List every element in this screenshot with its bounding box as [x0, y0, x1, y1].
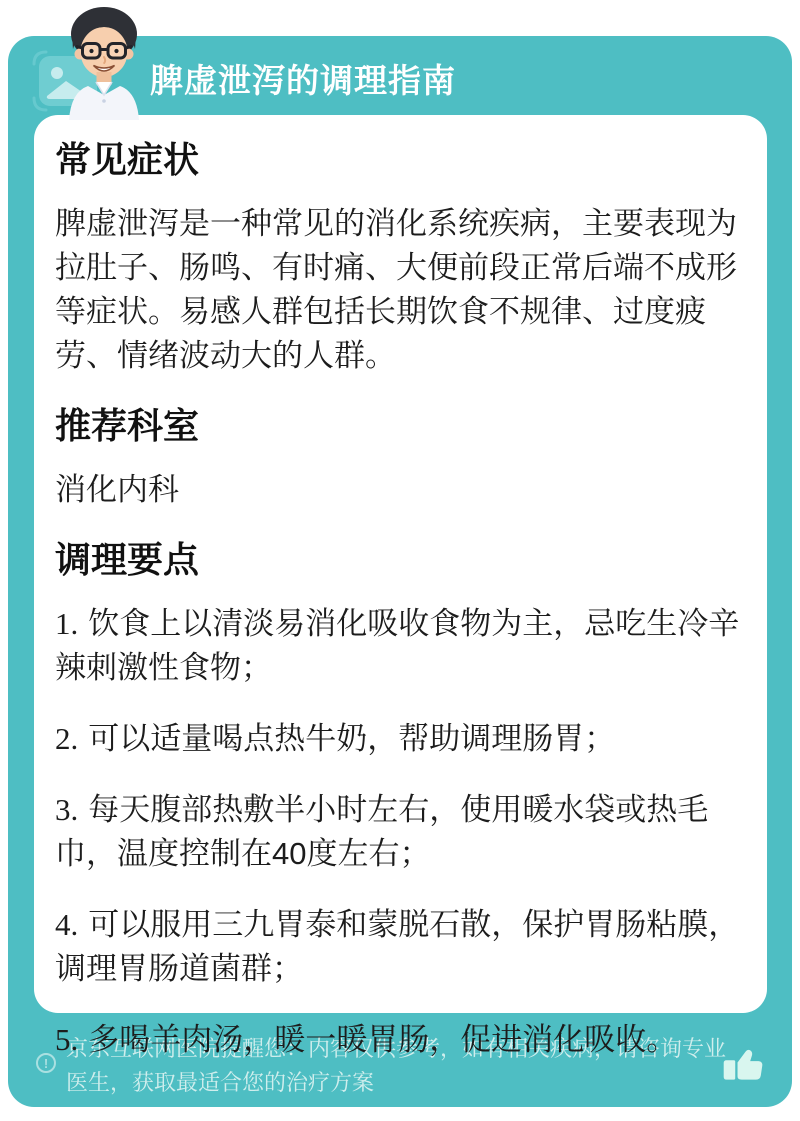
list-item-number: 1.	[55, 606, 78, 641]
list-item: 1.饮食上以清淡易消化吸收食物为主，忌吃生冷辛辣刺激性食物；	[55, 602, 741, 690]
list-item-number: 5.	[55, 1022, 78, 1057]
list-item: 5.多喝羊肉汤，暖一暖胃肠，促进消化吸收。	[55, 1018, 741, 1062]
health-guide-screen: { "header": { "title": "脾虚泄泻的调理指南" }, "s…	[0, 0, 800, 1121]
list-item-text: 可以服用三九胃泰和蒙脱石散，保护胃肠粘膜，调理胃肠道菌群；	[55, 907, 739, 986]
list-item-text: 每天腹部热敷半小时左右，使用暖水袋或热毛巾，温度控制在40度左右；	[55, 792, 708, 871]
list-item-text: 饮食上以清淡易消化吸收食物为主，忌吃生冷辛辣刺激性食物；	[55, 606, 739, 685]
list-item: 2.可以适量喝点热牛奶，帮助调理肠胃；	[55, 717, 741, 761]
list-item-number: 2.	[55, 721, 78, 756]
list-item-text: 可以适量喝点热牛奶，帮助调理肠胃；	[88, 721, 615, 756]
list-item-number: 3.	[55, 792, 78, 827]
list-item: 3.每天腹部热敷半小时左右，使用暖水袋或热毛巾，温度控制在40度左右；	[55, 788, 741, 876]
list-item: 4.可以服用三九胃泰和蒙脱石散，保护胃肠粘膜，调理胃肠道菌群；	[55, 903, 741, 991]
section-heading-symptoms: 常见症状	[55, 141, 741, 179]
info-glyph: !	[44, 1056, 48, 1071]
department-value: 消化内科	[55, 468, 741, 512]
section-heading-department: 推荐科室	[55, 407, 741, 445]
list-item-text: 多喝羊肉汤，暖一暖胃肠，促进消化吸收。	[88, 1022, 677, 1057]
info-icon: !	[36, 1053, 56, 1073]
content-card: 常见症状 脾虚泄泻是一种常见的消化系统疾病，主要表现为拉肚子、肠鸣、有时痛、大便…	[34, 115, 767, 1013]
doctor-avatar	[52, 2, 156, 120]
list-item-number: 4.	[55, 907, 78, 942]
section-heading-care-points: 调理要点	[55, 541, 741, 579]
symptoms-paragraph: 脾虚泄泻是一种常见的消化系统疾病，主要表现为拉肚子、肠鸣、有时痛、大便前段正常后…	[55, 202, 741, 378]
thumbs-up-icon[interactable]	[720, 1039, 768, 1087]
page-title: 脾虚泄泻的调理指南	[150, 55, 456, 102]
teal-container: 脾虚泄泻的调理指南 常见症状 脾虚泄泻是一种常见的消化系统疾病，主要表现为拉肚子…	[8, 36, 792, 1107]
